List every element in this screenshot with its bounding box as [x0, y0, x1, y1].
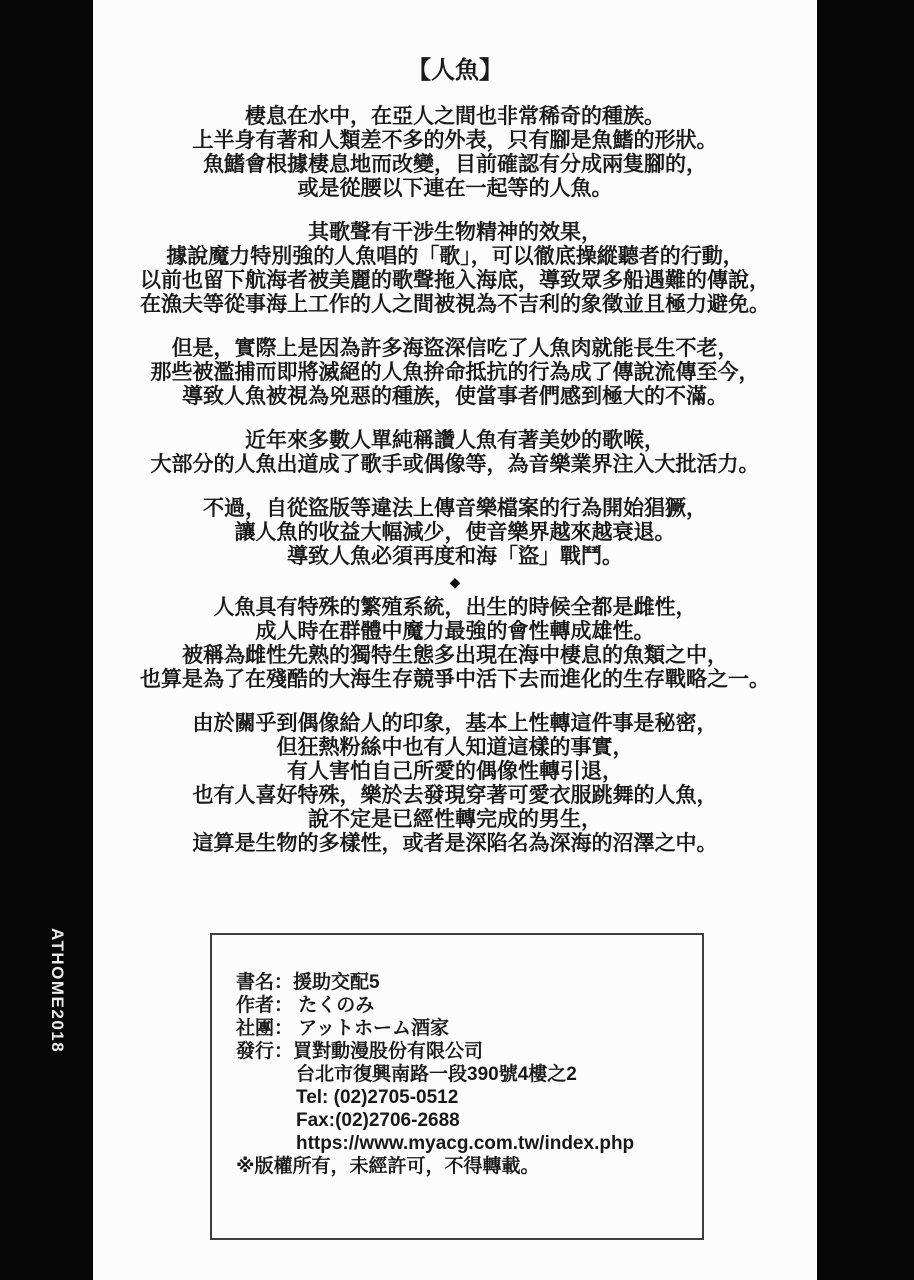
- paragraph-line: 大部分的人魚出道成了歌手或偶像等，為音樂業界注入大批活力。: [93, 453, 817, 477]
- paragraph-line: 據說魔力特別強的人魚唱的「歌」，可以徹底操縱聽者的行動，: [93, 245, 817, 269]
- paragraph-line: 這算是生物的多樣性，或者是深陷名為深海的沼澤之中。: [93, 832, 817, 856]
- paragraph-line: 讓人魚的收益大幅減少，使音樂界越來越衰退。: [93, 521, 817, 545]
- colophon-content: 書名：援助交配5 作者： たくのみ 社團： アットホーム酒家 發行：買對動漫股份…: [212, 935, 702, 1178]
- paragraph-line: 其歌聲有干涉生物精神的效果，: [93, 221, 817, 245]
- paragraph: 人魚具有特殊的繁殖系統，出生的時候全都是雌性， 成人時在群體中魔力最強的會性轉成…: [93, 596, 817, 692]
- paragraph-line: 導致人魚被視為兇惡的種族，使當事者們感到極大的不滿。: [93, 385, 817, 409]
- paragraph-line: 那些被濫捕而即將滅絕的人魚拚命抵抗的行為成了傳說流傳至今，: [93, 361, 817, 385]
- right-edge-bar: [817, 0, 914, 1280]
- paragraph-line: 在漁夫等從事海上工作的人之間被視為不吉利的象徵並且極力避免。: [93, 293, 817, 317]
- article: 【人魚】 棲息在水中，在亞人之間也非常稀奇的種族。 上半身有著和人類差不多的外表…: [93, 0, 817, 856]
- paragraph: 棲息在水中，在亞人之間也非常稀奇的種族。 上半身有著和人類差不多的外表，只有腳是…: [93, 105, 817, 201]
- paragraph-line: 棲息在水中，在亞人之間也非常稀奇的種族。: [93, 105, 817, 129]
- paragraph-line: 有人害怕自己所愛的偶像性轉引退，: [93, 760, 817, 784]
- spine-bar: ATHOME2018: [0, 0, 93, 1280]
- article-title: 【人魚】: [93, 57, 817, 85]
- colophon-line-url: https://www.myacg.com.tw/index.php: [296, 1132, 692, 1155]
- paragraph: 不過，自從盜版等違法上傳音樂檔案的行為開始猖獗， 讓人魚的收益大幅減少，使音樂界…: [93, 497, 817, 569]
- paragraph-line: 近年來多數人單純稱讚人魚有著美妙的歌喉，: [93, 429, 817, 453]
- paragraph-line: 由於關乎到偶像給人的印象，基本上性轉這件事是秘密，: [93, 712, 817, 736]
- spine-label: ATHOME2018: [47, 928, 67, 1053]
- paragraph-line: 導致人魚必須再度和海「盜」戰鬥。: [93, 545, 817, 569]
- colophon-line-fax: Fax:(02)2706-2688: [296, 1109, 692, 1132]
- paragraph-line: 魚鰭會根據棲息地而改變，目前確認有分成兩隻腳的，: [93, 153, 817, 177]
- colophon-box: 書名：援助交配5 作者： たくのみ 社團： アットホーム酒家 發行：買對動漫股份…: [210, 933, 704, 1240]
- colophon-line-author: 作者： たくのみ: [236, 994, 692, 1017]
- paragraph-line: 也算是為了在殘酷的大海生存競爭中活下去而進化的生存戰略之一。: [93, 668, 817, 692]
- colophon-line-address: 台北市復興南路一段390號4樓之2: [296, 1063, 692, 1086]
- paragraph-line: 不過，自從盜版等違法上傳音樂檔案的行為開始猖獗，: [93, 497, 817, 521]
- colophon-line-tel: Tel: (02)2705-0512: [296, 1086, 692, 1109]
- paragraph-line: 以前也留下航海者被美麗的歌聲拖入海底，導致眾多船遇難的傳說，: [93, 269, 817, 293]
- paragraph: 但是，實際上是因為許多海盜深信吃了人魚肉就能長生不老， 那些被濫捕而即將滅絕的人…: [93, 337, 817, 409]
- paragraph-line: 說不定是已經性轉完成的男生，: [93, 808, 817, 832]
- paragraph: 近年來多數人單純稱讚人魚有著美妙的歌喉， 大部分的人魚出道成了歌手或偶像等，為音…: [93, 429, 817, 477]
- paragraph-line: 人魚具有特殊的繁殖系統，出生的時候全都是雌性，: [93, 596, 817, 620]
- paragraph-line: 但是，實際上是因為許多海盜深信吃了人魚肉就能長生不老，: [93, 337, 817, 361]
- diamond-separator-icon: ◆: [93, 574, 817, 590]
- paragraph-line: 也有人喜好特殊，樂於去發現穿著可愛衣服跳舞的人魚，: [93, 784, 817, 808]
- colophon-line-publisher: 發行：買對動漫股份有限公司: [236, 1040, 692, 1063]
- paragraph: 由於關乎到偶像給人的印象，基本上性轉這件事是秘密， 但狂熱粉絲中也有人知道這樣的…: [93, 712, 817, 856]
- paragraph-line: 或是從腰以下連在一起等的人魚。: [93, 177, 817, 201]
- paragraph: 其歌聲有干涉生物精神的效果， 據說魔力特別強的人魚唱的「歌」，可以徹底操縱聽者的…: [93, 221, 817, 317]
- colophon-line-circle: 社團： アットホーム酒家: [236, 1017, 692, 1040]
- colophon-line-copyright: ※版權所有，未經許可，不得轉載。: [236, 1155, 692, 1178]
- paragraph-line: 上半身有著和人類差不多的外表，只有腳是魚鰭的形狀。: [93, 129, 817, 153]
- paragraph-line: 但狂熱粉絲中也有人知道這樣的事實，: [93, 736, 817, 760]
- paragraph-line: 被稱為雌性先熟的獨特生態多出現在海中棲息的魚類之中，: [93, 644, 817, 668]
- colophon-line-book-title: 書名：援助交配5: [236, 971, 692, 994]
- paragraph-line: 成人時在群體中魔力最強的會性轉成雄性。: [93, 620, 817, 644]
